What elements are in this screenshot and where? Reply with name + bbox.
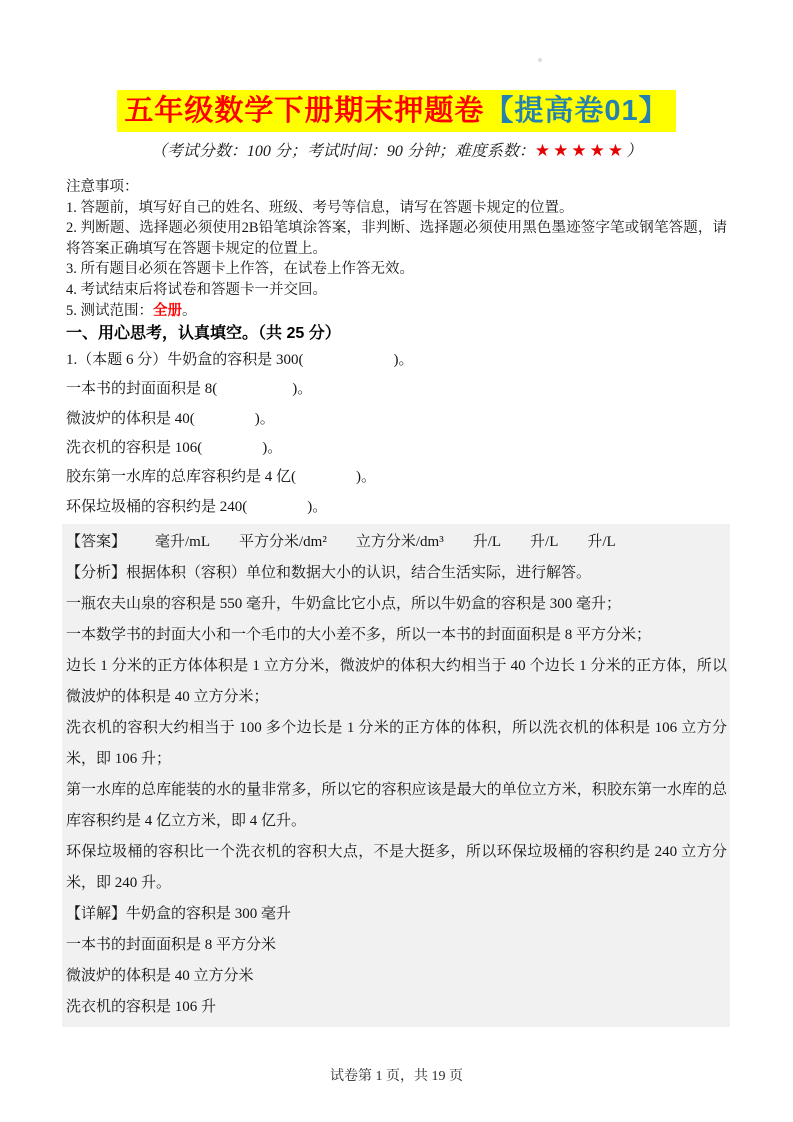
exam-info-text: （考试分数：100 分；考试时间：90 分钟；难度系数：	[151, 143, 535, 160]
page-content: 五年级数学下册期末押题卷【提高卷01】 （考试分数：100 分；考试时间：90 …	[66, 0, 727, 1087]
page-title-bracket: 【提高卷01】	[484, 95, 668, 127]
answer-value-4: 升/L	[473, 527, 501, 558]
page-title-main: 五年级数学下册期末押题卷	[124, 95, 484, 127]
notice-item-4: 4. 考试结束后将试卷和答题卡一并交回。	[66, 280, 727, 301]
exam-paper-page: { "document": { "title": { "main": "五年级数…	[0, 0, 793, 1122]
analysis-paragraph-6: 第一水库的总库能装的水的量非常多，所以它的容积应该是最大的单位立方米，积胶东第一…	[66, 775, 727, 837]
page-title: 五年级数学下册期末押题卷【提高卷01】	[117, 90, 675, 132]
detail-paragraph-1: 【详解】牛奶盒的容积是 300 毫升	[66, 899, 727, 930]
notice-item-5-scope-emphasis: 全册	[153, 303, 182, 319]
notice-item-2: 2. 判断题、选择题必须使用2B铅笔填涂答案，非判断、选择题必须使用黑色墨迹签字…	[66, 218, 727, 259]
difficulty-stars-icon: ★★★★★	[535, 141, 626, 160]
analysis-paragraph-7: 环保垃圾桶的容积比一个洗衣机的容积大点，不是大挺多，所以环保垃圾桶的容积约是 2…	[66, 837, 727, 899]
page-number-footer: 试卷第 1 页，共 19 页	[66, 1067, 727, 1087]
detail-paragraph-4: 洗衣机的容积是 106 升	[66, 992, 727, 1023]
title-row: 五年级数学下册期末押题卷【提高卷01】	[66, 90, 727, 132]
answer-value-2: 平方分米/dm²	[239, 527, 327, 558]
question-1-line-5: 胶东第一水库的总库容积约是 4 亿( )。	[66, 463, 727, 492]
notice-heading: 注意事项：	[66, 177, 727, 198]
answer-row: 【答案】 毫升/mL 平方分米/dm² 立方分米/dm³ 升/L 升/L 升/L	[66, 527, 727, 558]
question-1-line-4: 洗衣机的容积是 106( )。	[66, 434, 727, 463]
detail-paragraph-3: 微波炉的体积是 40 立方分米	[66, 961, 727, 992]
question-1-line-2: 一本书的封面面积是 8( )。	[66, 375, 727, 404]
analysis-paragraph-1: 【分析】根据体积（容积）单位和数据大小的认识，结合生活实际，进行解答。	[66, 558, 727, 589]
answer-value-3: 立方分米/dm³	[356, 527, 444, 558]
question-1-line-1: 1.（本题 6 分）牛奶盒的容积是 300( )。	[66, 346, 727, 375]
answer-value-5: 升/L	[530, 527, 558, 558]
exam-info-close-paren: ）	[626, 143, 642, 160]
notice-item-3: 3. 所有题目必须在答题卡上作答，在试卷上作答无效。	[66, 259, 727, 280]
notice-item-5: 5. 测试范围：全册。	[66, 301, 727, 322]
answer-value-1: 毫升/mL	[155, 527, 210, 558]
notice-item-5-period: 。	[182, 303, 197, 319]
answer-analysis-block: 【答案】 毫升/mL 平方分米/dm² 立方分米/dm³ 升/L 升/L 升/L…	[62, 524, 730, 1027]
section-1-heading: 一、用心思考，认真填空。（共 25 分）	[66, 322, 727, 345]
analysis-paragraph-3: 一本数学书的封面大小和一个毛巾的大小差不多，所以一本书的封面面积是 8 平方分米…	[66, 620, 727, 651]
analysis-paragraph-5: 洗衣机的容积大约相当于 100 多个边长是 1 分米的正方体的体积，所以洗衣机的…	[66, 713, 727, 775]
notice-item-5-text: 5. 测试范围：	[66, 303, 153, 319]
notice-item-1: 1. 答题前，填写好自己的姓名、班级、考号等信息，请写在答题卡规定的位置。	[66, 198, 727, 219]
analysis-paragraph-2: 一瓶农夫山泉的容积是 550 毫升，牛奶盒比它小点，所以牛奶盒的容积是 300 …	[66, 589, 727, 620]
question-1: 1.（本题 6 分）牛奶盒的容积是 300( )。 一本书的封面面积是 8( )…	[66, 346, 727, 522]
detail-paragraph-2: 一本书的封面面积是 8 平方分米	[66, 930, 727, 961]
answer-value-6: 升/L	[587, 527, 615, 558]
exam-info-line: （考试分数：100 分；考试时间：90 分钟；难度系数：★★★★★）	[66, 139, 727, 164]
analysis-paragraph-4: 边长 1 分米的正方体体积是 1 立方分米，微波炉的体积大约相当于 40 个边长…	[66, 651, 727, 713]
answer-label: 【答案】	[66, 527, 126, 558]
notice-section: 注意事项： 1. 答题前，填写好自己的姓名、班级、考号等信息，请写在答题卡规定的…	[66, 177, 727, 321]
question-1-line-6: 环保垃圾桶的容积约是 240( )。	[66, 493, 727, 522]
question-1-line-3: 微波炉的体积是 40( )。	[66, 405, 727, 434]
